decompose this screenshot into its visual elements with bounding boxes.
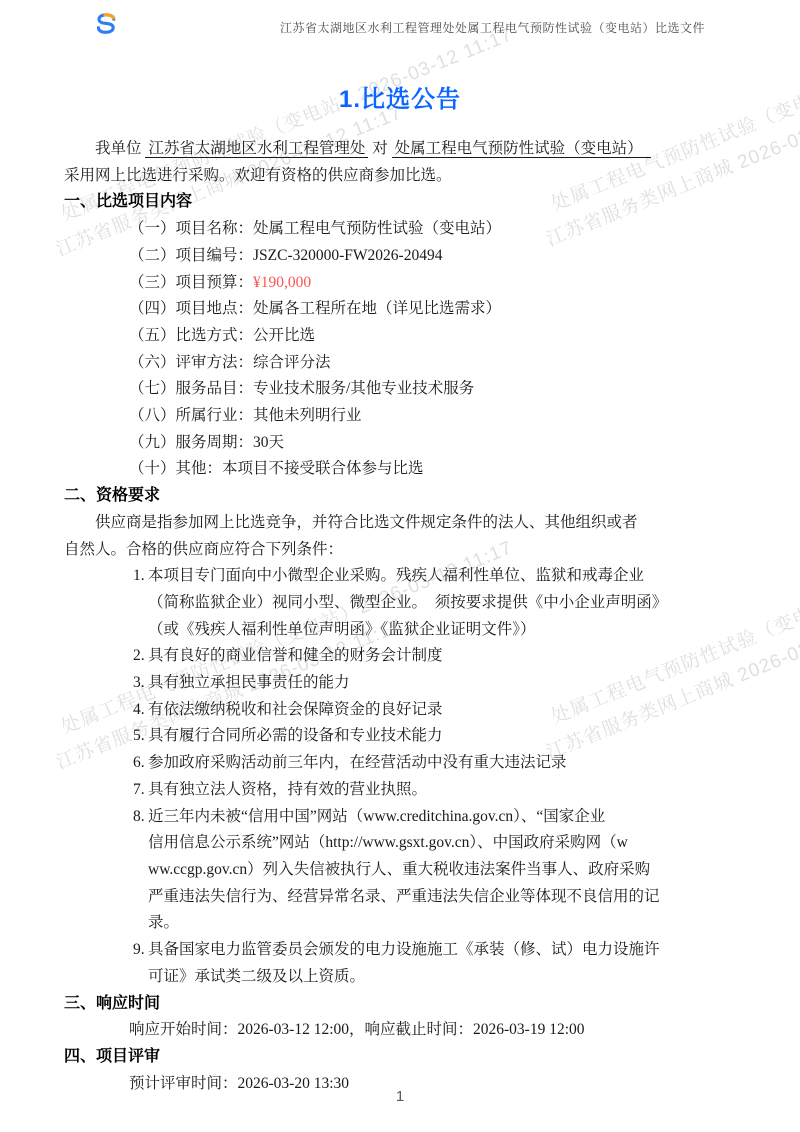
project-item-10: （十）其他：本项目不接受联合体参与比选 (129, 456, 736, 483)
intro-org-underlined: 江苏省太湖地区水利工程管理处 (145, 140, 368, 158)
project-item-6: （六）评审方法：综合评分法 (129, 350, 736, 377)
qual-item-6: 6.参加政府采购活动前三年内，在经营活动中没有重大违法记录 (64, 750, 736, 777)
project-item-8: （八）所属行业：其他未列明行业 (129, 403, 736, 430)
intro-project-underlined: 处属工程电气预防性试验（变电站） (392, 140, 651, 158)
qual-item-text: 具有独立承担民事责任的能力 (148, 674, 350, 691)
qual-item-2: 2.具有良好的商业信誉和健全的财务会计制度 (64, 643, 736, 670)
qual-item-number: 3. (133, 670, 148, 697)
project-item-2: （二）项目编号：JSZC-320000-FW2026-20494 (129, 243, 736, 270)
qual-item-text: ww.ccgp.gov.cn）列入失信被执行人、重大税收违法案件当事人、政府采购 (64, 857, 736, 884)
qual-item-number: 8. (133, 804, 148, 831)
qual-item-text: 具有独立法人资格，持有效的营业执照。 (148, 781, 427, 798)
qual-item-text: 有依法缴纳税收和社会保障资金的良好记录 (148, 701, 443, 718)
qual-item-text: （简称监狱企业）视同小型、微型企业。 须按要求提供《中小企业声明函》 (64, 590, 736, 617)
page-number: 1 (0, 1088, 800, 1105)
qual-item-number: 4. (133, 697, 148, 724)
section4-heading: 四、项目评审 (64, 1044, 736, 1071)
qual-item-number: 6. (133, 750, 148, 777)
project-item-7: （七）服务品目：专业技术服务/其他专业技术服务 (129, 376, 736, 403)
qual-item-8: 8.近三年内未被“信用中国”网站（www.creditchina.gov.cn）… (64, 804, 736, 938)
project-item-4: （四）项目地点：处属各工程所在地（详见比选需求） (129, 296, 736, 323)
qual-item-number: 9. (133, 937, 148, 964)
qual-item-text: （或《残疾人福利性单位声明函》《监狱企业证明文件》） (64, 617, 736, 644)
project-item-3: （三）项目预算：¥190,000 (129, 270, 736, 297)
brand-s-logo-icon (92, 11, 120, 39)
budget-label: （三）项目预算： (129, 274, 253, 291)
response-time-line: 响应开始时间：2026-03-12 12:00，响应截止时间：2026-03-1… (129, 1017, 736, 1044)
qual-item-text: 具有良好的商业信誉和健全的财务会计制度 (148, 647, 443, 664)
qual-item-text: 可证》承试类二级及以上资质。 (64, 964, 736, 991)
qualification-paragraph-line-2: 自然人。合格的供应商应符合下列条件： (64, 537, 736, 564)
qual-item-4: 4.有依法缴纳税收和社会保障资金的良好记录 (64, 697, 736, 724)
page-title: 1.比选公告 (64, 84, 736, 116)
qual-item-5: 5.具有履行合同所必需的设备和专业技术能力 (64, 723, 736, 750)
section1-heading: 一、比选项目内容 (64, 189, 736, 216)
section2-heading: 二、资格要求 (64, 483, 736, 510)
intro-conjunction: 对 (368, 140, 391, 157)
qual-item-text: 录。 (64, 910, 736, 937)
intro-line-2: 采用网上比选进行采购。欢迎有资格的供应商参加比选。 (64, 163, 736, 190)
document-content: 1.比选公告 我单位 江苏省太湖地区水利工程管理处 对 处属工程电气预防性试验（… (64, 84, 736, 1097)
qual-item-text: 严重违法失信行为、经营异常名录、严重违法失信企业等体现不良信用的记 (64, 884, 736, 911)
project-item-9: （九）服务周期：30天 (129, 430, 736, 457)
project-item-1: （一）项目名称：处属工程电气预防性试验（变电站） (129, 216, 736, 243)
qual-item-number: 7. (133, 777, 148, 804)
qual-item-text: 参加政府采购活动前三年内，在经营活动中没有重大违法记录 (148, 754, 567, 771)
qual-item-text: 近三年内未被“信用中国”网站（www.creditchina.gov.cn）、“… (148, 808, 605, 825)
qual-item-number: 2. (133, 643, 148, 670)
section3-heading: 三、响应时间 (64, 991, 736, 1018)
budget-value: ¥190,000 (253, 274, 311, 291)
qual-item-text: 信用信息公示系统”网站（http://www.gsxt.gov.cn）、中国政府… (64, 830, 736, 857)
qual-item-7: 7.具有独立法人资格，持有效的营业执照。 (64, 777, 736, 804)
intro-line-1: 我单位 江苏省太湖地区水利工程管理处 对 处属工程电气预防性试验（变电站） (64, 136, 736, 163)
qualification-paragraph-line-1: 供应商是指参加网上比选竞争，并符合比选文件规定条件的法人、其他组织或者 (64, 510, 736, 537)
qual-item-1: 1.本项目专门面向中小微型企业采购。残疾人福利性单位、监狱和戒毒企业 （简称监狱… (64, 563, 736, 643)
qual-item-9: 9.具备国家电力监管委员会颁发的电力设施施工《承装（修、试）电力设施许 可证》承… (64, 937, 736, 990)
qual-item-text: 具有履行合同所必需的设备和专业技术能力 (148, 727, 443, 744)
qual-item-number: 5. (133, 723, 148, 750)
qual-item-number: 1. (133, 563, 148, 590)
header-doc-title: 江苏省太湖地区水利工程管理处处属工程电气预防性试验（变电站）比选文件 (280, 19, 705, 36)
project-item-5: （五）比选方式：公开比选 (129, 323, 736, 350)
qual-item-3: 3.具有独立承担民事责任的能力 (64, 670, 736, 697)
document-page: 处属工程电气预防性试验（变电站）2026-03-12 11:17 江苏省服务类网… (0, 0, 800, 1132)
qual-item-text: 本项目专门面向中小微型企业采购。残疾人福利性单位、监狱和戒毒企业 (148, 567, 644, 584)
intro-prefix: 我单位 (95, 140, 142, 157)
qual-item-text: 具备国家电力监管委员会颁发的电力设施施工《承装（修、试）电力设施许 (148, 941, 660, 958)
